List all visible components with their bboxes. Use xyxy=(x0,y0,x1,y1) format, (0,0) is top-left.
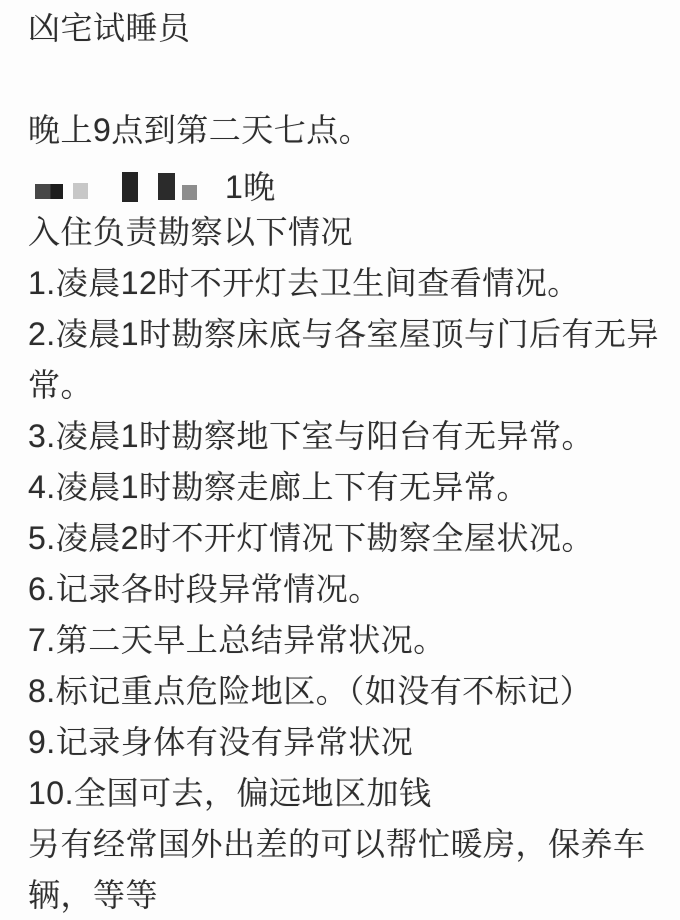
list-item-7: 7.第二天早上总结异常状况。 xyxy=(28,615,674,666)
redaction-block-5 xyxy=(182,185,197,200)
list-item-8: 8.标记重点危险地区。（如没有不标记） xyxy=(28,666,674,717)
footer-line: 另有经常国外出差的可以帮忙暖房，保养车辆，等等 xyxy=(28,819,674,920)
redaction-block-4 xyxy=(158,173,175,200)
list-item-2: 2.凌晨1时勘察床底与各室屋顶与门后有无异常。 xyxy=(28,309,674,411)
list-item-6: 6.记录各时段异常情况。 xyxy=(28,564,674,615)
document-page: 凶宅试睡员 晚上9点到第二天七点。 1晚 入住负责勘察以下情况 1.凌晨12时不… xyxy=(0,0,680,920)
list-item-4: 4.凌晨1时勘察走廊上下有无异常。 xyxy=(28,462,674,513)
blank-line xyxy=(28,54,674,105)
intro-line: 入住负责勘察以下情况 xyxy=(28,207,674,258)
list-item-10: 10.全国可去，偏远地区加钱 xyxy=(28,768,674,819)
redaction-block-3 xyxy=(122,172,138,202)
list-item-9: 9.记录身体有没有异常状况 xyxy=(28,717,674,768)
list-item-5: 5.凌晨2时不开灯情况下勘察全屋状况。 xyxy=(28,513,674,564)
document-body: 凶宅试睡员 晚上9点到第二天七点。 1晚 入住负责勘察以下情况 1.凌晨12时不… xyxy=(0,0,680,920)
price-unit-label: 1晚 xyxy=(225,171,276,203)
list-item-1: 1.凌晨12时不开灯去卫生间查看情况。 xyxy=(28,258,674,309)
schedule-line: 晚上9点到第二天七点。 xyxy=(28,105,674,156)
price-row: 1晚 xyxy=(28,156,674,207)
redaction-block-1 xyxy=(35,184,63,199)
redaction-block-2 xyxy=(73,183,88,199)
list-item-3: 3.凌晨1时勘察地下室与阳台有无异常。 xyxy=(28,411,674,462)
page-title: 凶宅试睡员 xyxy=(28,3,674,54)
